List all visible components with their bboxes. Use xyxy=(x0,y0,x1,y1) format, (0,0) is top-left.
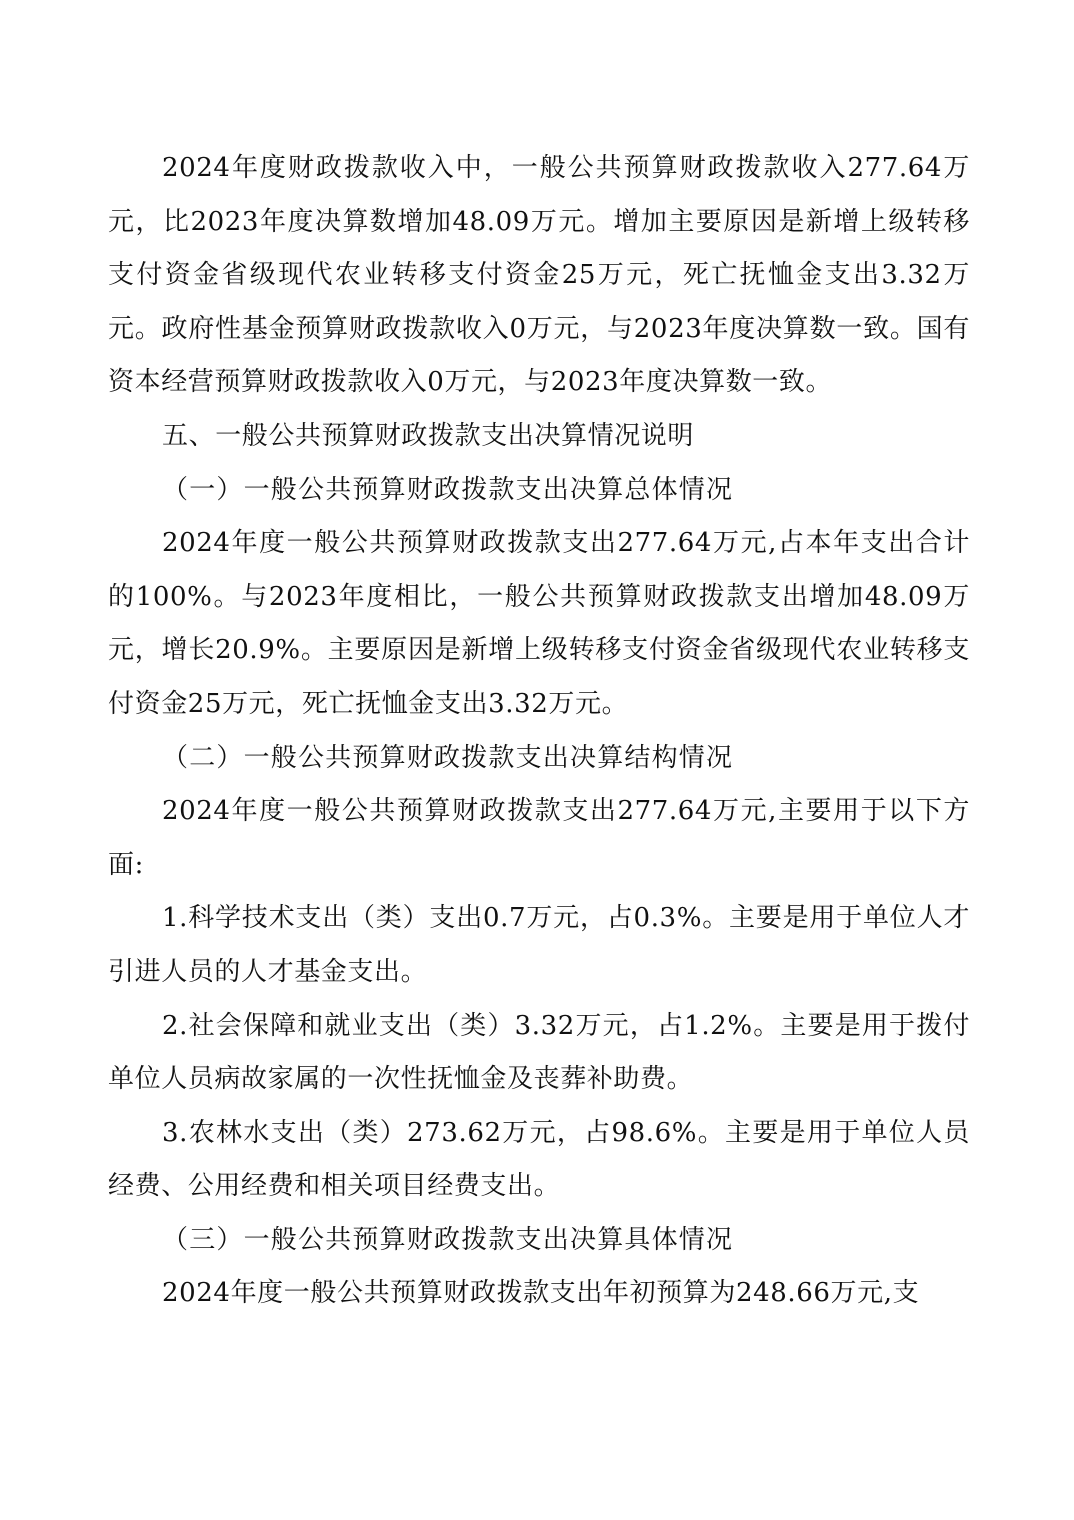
subheading-overall: （一）一般公共预算财政拨款支出决算总体情况 xyxy=(108,464,970,518)
paragraph-income-summary: 2024年度财政拨款收入中，一般公共预算财政拨款收入277.64万元，比2023… xyxy=(108,142,970,410)
list-item-science-tech: 1.科学技术支出（类）支出0.7万元，占0.3%。主要是用于单位人才引进人员的人… xyxy=(108,892,970,999)
list-item-social-security: 2.社会保障和就业支出（类）3.32万元，占1.2%。主要是用于拨付单位人员病故… xyxy=(108,1000,970,1107)
subheading-details: （三）一般公共预算财政拨款支出决算具体情况 xyxy=(108,1214,970,1268)
paragraph-details-intro: 2024年度一般公共预算财政拨款支出年初预算为248.66万元,支 xyxy=(108,1267,970,1321)
subheading-structure: （二）一般公共预算财政拨款支出决算结构情况 xyxy=(108,732,970,786)
section-heading-5: 五、一般公共预算财政拨款支出决算情况说明 xyxy=(108,410,970,464)
paragraph-structure-intro: 2024年度一般公共预算财政拨款支出277.64万元,主要用于以下方面: xyxy=(108,785,970,892)
list-item-agriculture: 3.农林水支出（类）273.62万元，占98.6%。主要是用于单位人员经费、公用… xyxy=(108,1107,970,1214)
paragraph-overall-expenditure: 2024年度一般公共预算财政拨款支出277.64万元,占本年支出合计的100%。… xyxy=(108,517,970,731)
document-page: 2024年度财政拨款收入中，一般公共预算财政拨款收入277.64万元，比2023… xyxy=(108,142,970,1321)
